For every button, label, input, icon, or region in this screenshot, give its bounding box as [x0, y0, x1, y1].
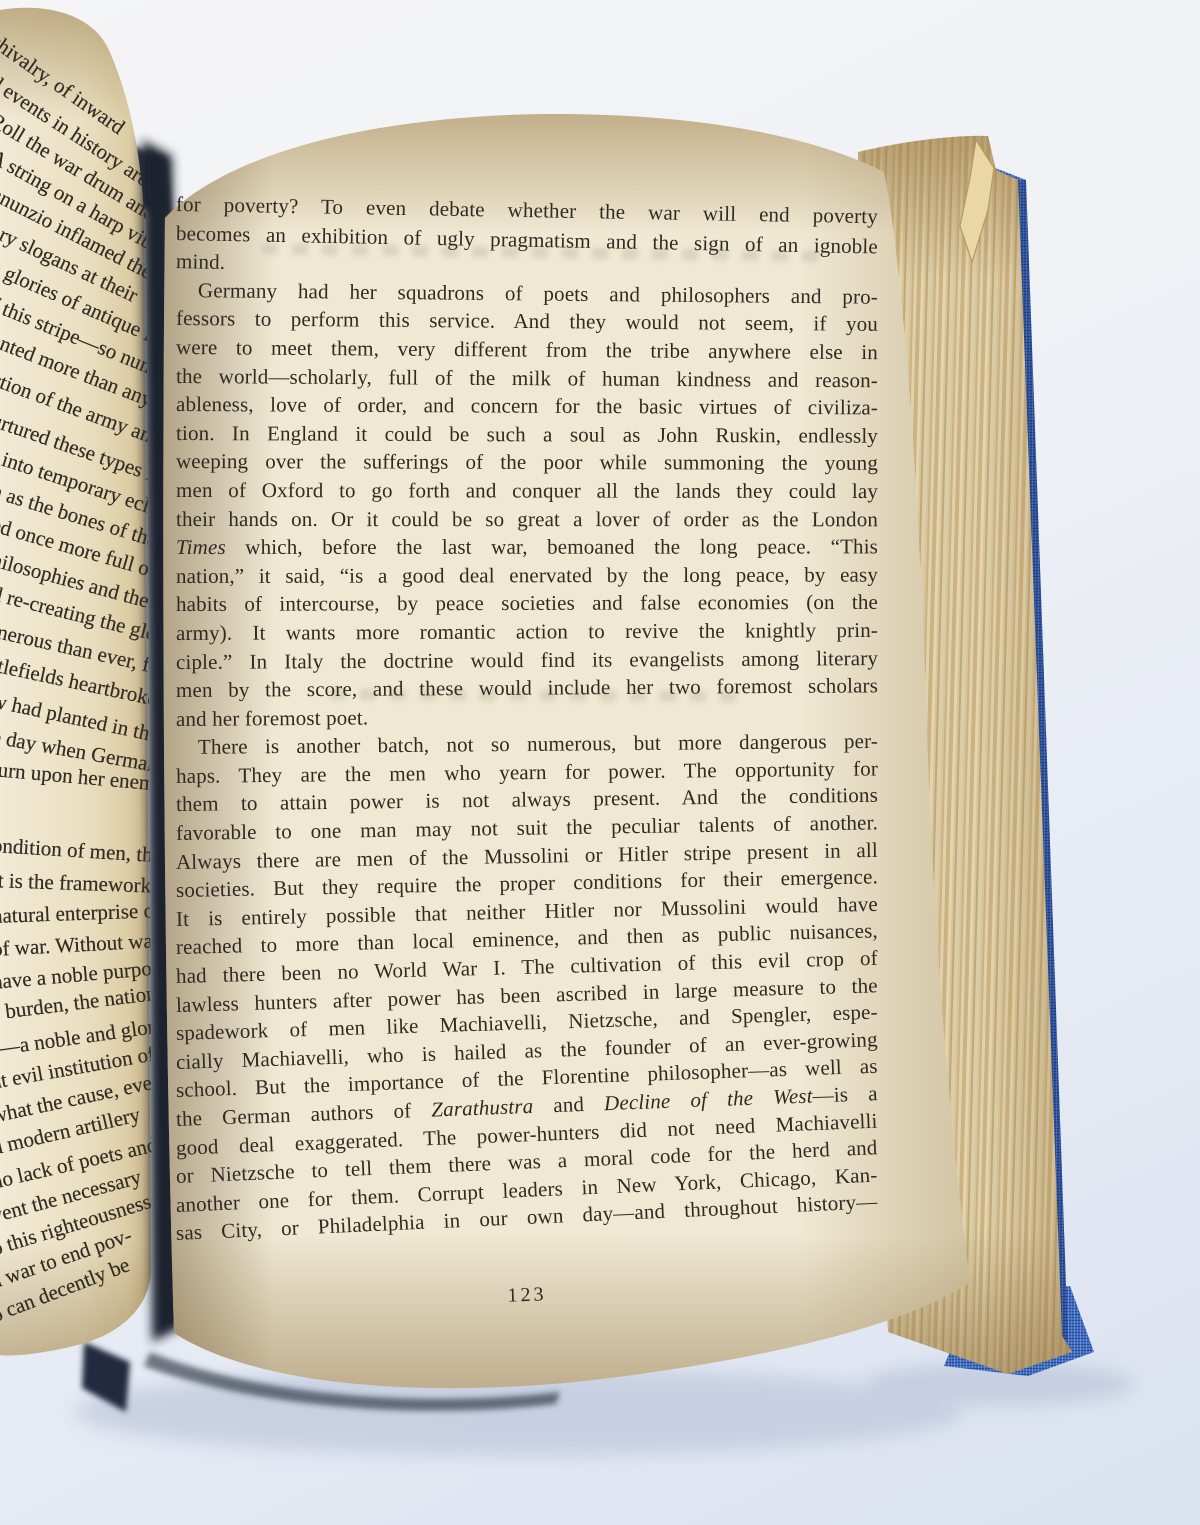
text-line: Times which, before the last war, bemoan… [176, 533, 878, 562]
photo-backdrop: chivalry, of inwardd events in history a… [0, 0, 1200, 1525]
text-line: were to meet them, very different from t… [176, 333, 878, 367]
text-line: ableness, love of order, and concern for… [176, 390, 878, 422]
text-line: nation,” it said, “is a good deal enerva… [176, 560, 878, 590]
text-line: habits of intercourse, by peace societie… [176, 588, 878, 619]
paragraph: There is another batch, not so numerous,… [176, 733, 878, 1248]
left-page-text-fragment: ondition of men, the [0, 833, 163, 868]
paragraph: Germany had her squadrons of poets and p… [176, 276, 878, 734]
text-line: tion. In England it could be such a soul… [176, 419, 878, 450]
text-line: weeping over the sufferings of the poor … [176, 447, 878, 477]
paragraph: for poverty? To even debate whether the … [176, 190, 878, 276]
text-line: the world—scholarly, full of the milk of… [176, 362, 878, 395]
text-line: their hands on. Or it could be so great … [176, 505, 878, 534]
left-page-text-fragment: it is the framework of [0, 868, 174, 899]
left-page-text-fragment: natural enterprise of [0, 898, 161, 929]
right-page-text: for poverty? To even debate whether the … [176, 190, 878, 1310]
text-line: army). It wants more romantic action to … [176, 616, 878, 648]
text-line: men of Oxford to go forth and conquer al… [176, 476, 878, 506]
